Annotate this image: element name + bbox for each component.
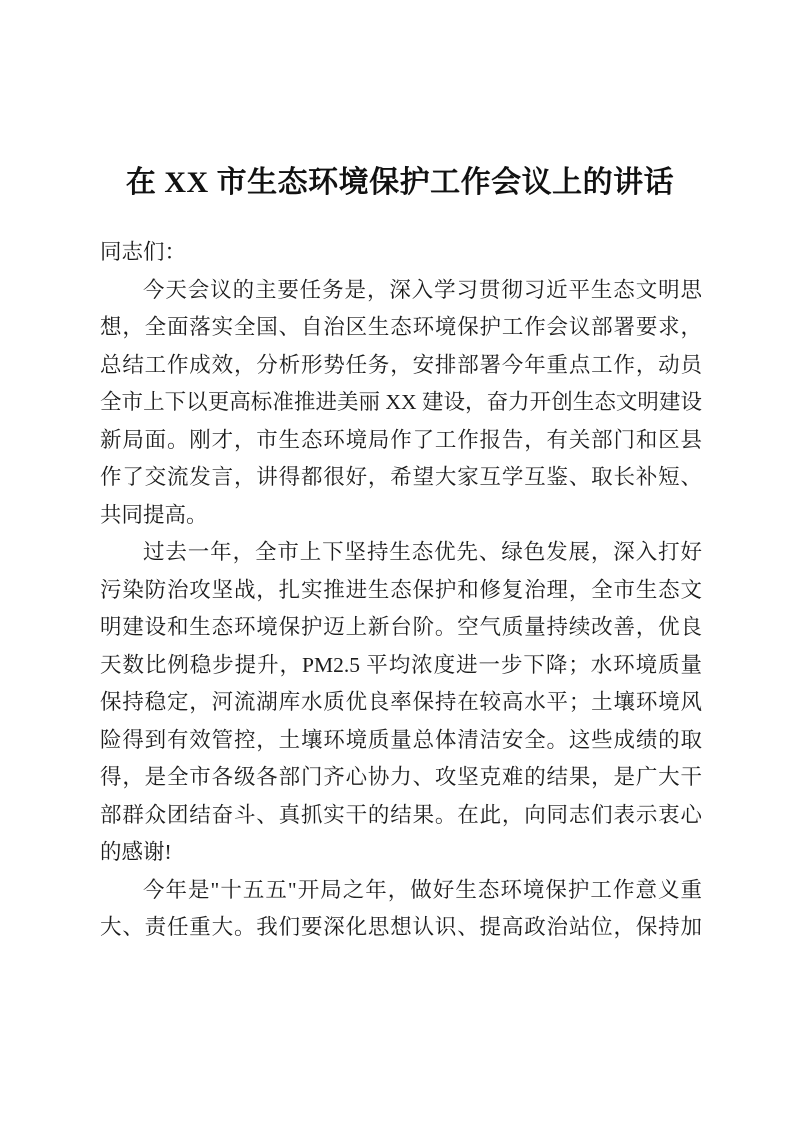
text-line: 部群众团结奋斗、真抓实干的结果。在此，向同志们表示衷心 (100, 797, 702, 835)
text-line: 作了交流发言，讲得都很好，希望大家互学互鉴、取长补短、 (100, 459, 702, 497)
paragraph: 今天会议的主要任务是，深入学习贯彻习近平生态文明思想，全面落实全国、自治区生态环… (100, 272, 702, 535)
text-line: 新局面。刚才，市生态环境局作了工作报告，有关部门和区县 (100, 422, 702, 460)
text-line: 天数比例稳步提升，PM2.5 平均浓度进一步下降；水环境质量 (100, 647, 702, 685)
text-line: 总结工作成效，分析形势任务，安排部署今年重点工作，动员 (100, 347, 702, 385)
text-line: 同志们： (100, 234, 702, 272)
text-line: 今天会议的主要任务是，深入学习贯彻习近平生态文明思 (100, 272, 702, 310)
text-line: 今年是"十五五"开局之年，做好生态环境保护工作意义重 (100, 872, 702, 910)
text-line: 过去一年，全市上下坚持生态优先、绿色发展，深入打好 (100, 534, 702, 572)
document-body: 同志们：今天会议的主要任务是，深入学习贯彻习近平生态文明思想，全面落实全国、自治… (0, 234, 800, 947)
paragraph: 同志们： (100, 234, 702, 272)
text-line: 得，是全市各级各部门齐心协力、攻坚克难的结果，是广大干 (100, 759, 702, 797)
paragraph: 今年是"十五五"开局之年，做好生态环境保护工作意义重大、责任重大。我们要深化思想… (100, 872, 702, 947)
text-line: 的感谢! (100, 834, 702, 872)
document-title: 在 XX 市生态环境保护工作会议上的讲话 (0, 0, 800, 205)
text-line: 污染防治攻坚战，扎实推进生态保护和修复治理，全市生态文 (100, 572, 702, 610)
paragraph: 过去一年，全市上下坚持生态优先、绿色发展，深入打好污染防治攻坚战，扎实推进生态保… (100, 534, 702, 872)
text-line: 想，全面落实全国、自治区生态环境保护工作会议部署要求， (100, 309, 702, 347)
text-line: 大、责任重大。我们要深化思想认识、提高政治站位，保持加 (100, 909, 702, 947)
text-line: 险得到有效管控，土壤环境质量总体清洁安全。这些成绩的取 (100, 722, 702, 760)
text-line: 保持稳定，河流湖库水质优良率保持在较高水平；土壤环境风 (100, 684, 702, 722)
document-page: 在 XX 市生态环境保护工作会议上的讲话 同志们：今天会议的主要任务是，深入学习… (0, 0, 800, 1131)
text-line: 全市上下以更高标准推进美丽 XX 建设，奋力开创生态文明建设 (100, 384, 702, 422)
text-line: 明建设和生态环境保护迈上新台阶。空气质量持续改善，优良 (100, 609, 702, 647)
text-line: 共同提高。 (100, 497, 702, 535)
